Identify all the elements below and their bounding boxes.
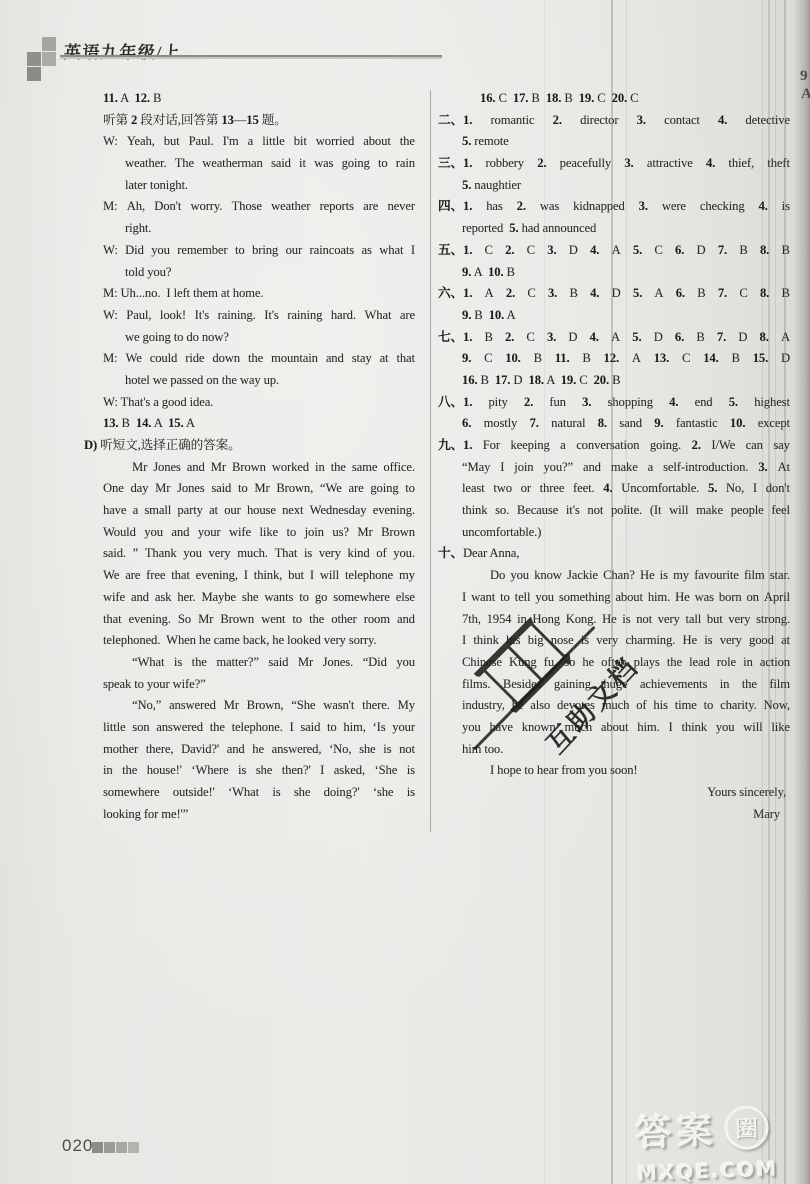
scan-crease bbox=[768, 0, 770, 1184]
text-line: littlesonansweredthetelephone.Isaidtohim… bbox=[84, 717, 415, 739]
text-line: W:Paul,look!It'sraining.It'sraininghard.… bbox=[84, 305, 415, 327]
page-edge-shadow bbox=[794, 0, 810, 1184]
text-line: 6.mostly7.natural8.sand9.fantastic10.exc… bbox=[438, 413, 790, 435]
header-square bbox=[27, 52, 41, 66]
text-line: 十、Dear Anna, bbox=[438, 543, 790, 565]
text-line: Iwanttotellyousomethingabouthim.Hewasbor… bbox=[438, 587, 790, 609]
text-line: somewhereoutside!'‘Whatisshedoing?'‘shei… bbox=[84, 782, 415, 804]
adjacent-page-glyph: 9 bbox=[800, 68, 808, 85]
text-line: said.”Thankyouverymuch.Thatisverykindofy… bbox=[84, 543, 415, 565]
text-line: 16. B 17. D 18. A 19. C 20. B bbox=[438, 370, 790, 392]
footer-square bbox=[116, 1142, 127, 1153]
header-rule bbox=[60, 55, 442, 57]
logo-answer-row: 答案 圈 bbox=[635, 1101, 778, 1157]
scan-crease bbox=[611, 0, 613, 1184]
adjacent-page-glyph: A bbox=[801, 86, 810, 103]
text-line: OnedayMrJonessaidtoMrBrown,“Wearegoingto bbox=[84, 478, 415, 500]
text-line: 9.C10.B11.B12.A13.C14.B15.D bbox=[438, 348, 790, 370]
text-line: hotel we passed on the way up. bbox=[84, 370, 415, 392]
text-line: M:Wecouldridedownthemountainandstayattha… bbox=[84, 348, 415, 370]
text-line: looking for me!'” bbox=[84, 804, 415, 826]
text-line: weather.Theweathermansaiditwasgoingtorai… bbox=[84, 153, 415, 175]
header-square bbox=[42, 52, 56, 66]
text-line: we going to do now? bbox=[84, 327, 415, 349]
text-line: Yours sincerely, bbox=[438, 782, 790, 804]
text-line: youhaveknownmuchabouthim.Ithinkyouwillli… bbox=[438, 717, 790, 739]
text-line: 9. B 10. A bbox=[438, 305, 790, 327]
scanned-answer-page: 英语九年级/上 11. A 12. B听第 2 段对话,回答第 13—15 题。… bbox=[0, 0, 810, 1184]
text-line: later tonight. bbox=[84, 175, 415, 197]
scan-crease bbox=[544, 0, 545, 1184]
left-column: 11. A 12. B听第 2 段对话,回答第 13—15 题。W:Yeah,b… bbox=[84, 88, 415, 825]
text-line: 5. remote bbox=[438, 131, 790, 153]
text-line: 11. A 12. B bbox=[84, 88, 415, 110]
text-line: told you? bbox=[84, 262, 415, 284]
scan-crease bbox=[784, 0, 786, 1184]
column-divider bbox=[430, 90, 431, 832]
text-line: I hope to hear from you soon! bbox=[438, 760, 790, 782]
site-logo-watermark: 答案 圈 MXQE.COM bbox=[635, 1101, 779, 1184]
text-line: thinkso.Becauseit'snotpolite.(Itwillmake… bbox=[438, 500, 790, 522]
text-line: leasttwoorthreefeet.4.Uncomfortable.5.No… bbox=[438, 478, 790, 500]
scan-crease bbox=[626, 0, 627, 1184]
text-line: 听第 2 段对话,回答第 13—15 题。 bbox=[84, 110, 415, 132]
text-line: MrJonesandMrBrownworkedinthesameoffice. bbox=[84, 457, 415, 479]
logo-answer-text: 答案 bbox=[635, 1103, 719, 1157]
footer-square bbox=[104, 1142, 115, 1153]
text-line: inthehouse!'‘Whereisshethen?'Iasked,‘She… bbox=[84, 760, 415, 782]
text-line: Mary bbox=[438, 804, 790, 826]
logo-circle-glyph: 圈 bbox=[724, 1104, 770, 1150]
text-line: Wearefreethatevening,Ithink,butIwilltele… bbox=[84, 565, 415, 587]
text-line: 13. B 14. A 15. A bbox=[84, 413, 415, 435]
text-line: “Whatisthematter?”saidMrJones.“Didyou bbox=[84, 652, 415, 674]
text-line: telephoned. When he came back, he looked… bbox=[84, 630, 415, 652]
text-line: W:Yeah,butPaul.I'malittlebitworriedabout… bbox=[84, 131, 415, 153]
text-line: “No,”answeredMrBrown,“Shewasn'tthere.My bbox=[84, 695, 415, 717]
text-line: thatevening.SoMrBrownwenttotheotherrooma… bbox=[84, 609, 415, 631]
text-line: Wouldyouandyourwifeliketojoinus?MrBrown bbox=[84, 522, 415, 544]
text-line: 5. naughtier bbox=[438, 175, 790, 197]
text-line: D) 听短文,选择正确的答案。 bbox=[84, 435, 415, 457]
text-line: 五、1.C2.C3.D4.A5.C6.D7.B8.B bbox=[438, 240, 790, 262]
header-square bbox=[27, 67, 41, 81]
text-line: 七、1.B2.C3.D4.A5.D6.B7.D8.A bbox=[438, 327, 790, 349]
text-line: M:Ah,Don'tworry.Thoseweatherreportsarene… bbox=[84, 196, 415, 218]
text-line: 三、1.robbery2.peacefully3.attractive4.thi… bbox=[438, 153, 790, 175]
text-line: 四、1.has2.waskidnapped3.werechecking4.is bbox=[438, 196, 790, 218]
text-line: wifeandaskher.Maybeshewantstogosomewhere… bbox=[84, 587, 415, 609]
page-number: 020 bbox=[62, 1136, 93, 1156]
text-line: right. bbox=[84, 218, 415, 240]
text-line: W: That's a good idea. bbox=[84, 392, 415, 414]
scan-crease bbox=[775, 0, 776, 1184]
text-line: 九、1.Forkeepingaconversationgoing.2.I/Wec… bbox=[438, 435, 790, 457]
text-line: 二、1.romantic2.director3.contact4.detecti… bbox=[438, 110, 790, 132]
text-line: 9. A 10. B bbox=[438, 262, 790, 284]
footer-squares-icon bbox=[92, 1142, 139, 1153]
text-line: haveasmallpartyatourhousenextWednesdayev… bbox=[84, 500, 415, 522]
text-line: 7th,1954inHongKong.Heisnotverytallbutver… bbox=[438, 609, 790, 631]
text-line: him too. bbox=[438, 739, 790, 761]
scan-crease bbox=[762, 0, 763, 1184]
text-line: uncomfortable.) bbox=[438, 522, 790, 544]
text-line: reported 5. had announced bbox=[438, 218, 790, 240]
text-line: 六、1.A2.C3.B4.D5.A6.B7.C8.B bbox=[438, 283, 790, 305]
text-line: 八、1.pity2.fun3.shopping4.end5.highest bbox=[438, 392, 790, 414]
text-line: DoyouknowJackieChan?Heismyfavouritefilms… bbox=[438, 565, 790, 587]
text-line: W:Didyouremembertobringourraincoatsaswha… bbox=[84, 240, 415, 262]
header-square bbox=[42, 37, 56, 51]
text-line: 16. C 17. B 18. B 19. C 20. C bbox=[438, 88, 790, 110]
footer-square bbox=[128, 1142, 139, 1153]
text-line: “MayIjoinyou?”andmakeaself-introduction.… bbox=[438, 457, 790, 479]
text-line: motherthere,David?'andheanswered,‘No,she… bbox=[84, 739, 415, 761]
logo-domain-text: MXQE.COM bbox=[637, 1157, 779, 1184]
text-line: M: Uh...no. I left them at home. bbox=[84, 283, 415, 305]
text-line: speak to your wife?” bbox=[84, 674, 415, 696]
footer-square bbox=[92, 1142, 103, 1153]
page-title: 英语九年级/上 bbox=[63, 38, 182, 63]
